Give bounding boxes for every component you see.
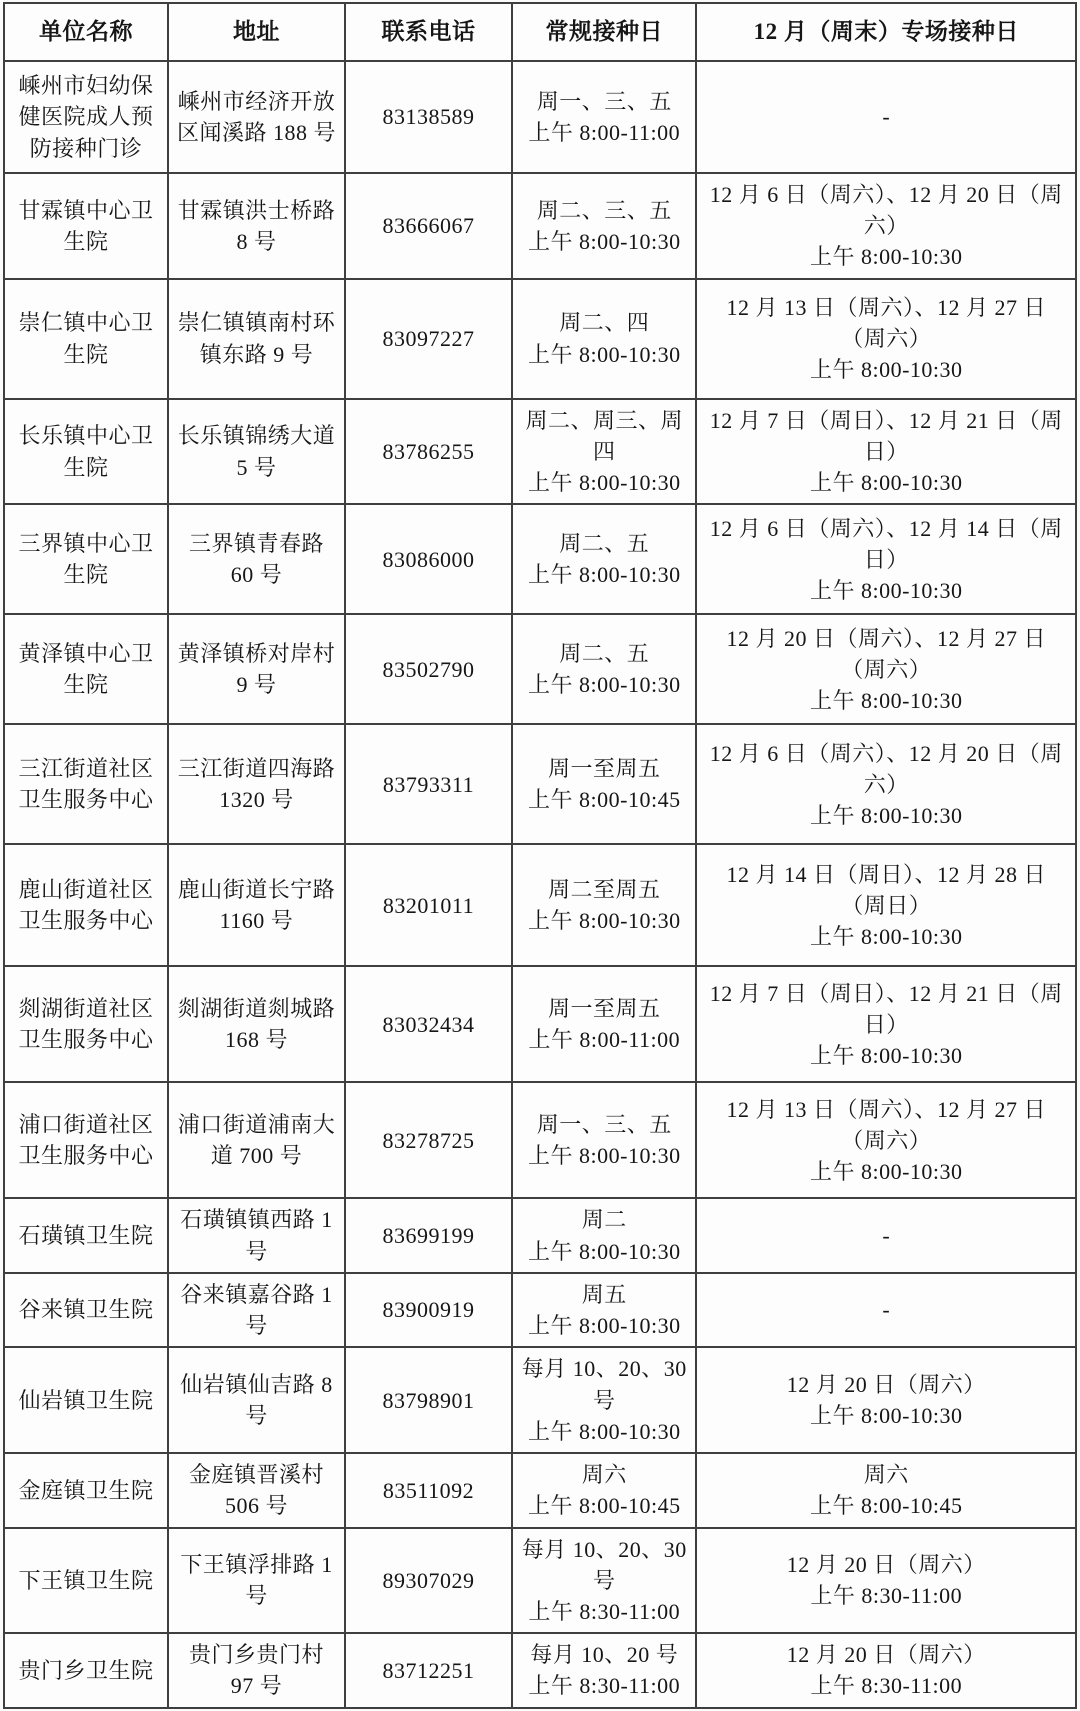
unit-name-cell: 剡湖街道社区卫生服务中心	[4, 966, 168, 1082]
phone-cell: 83138589	[345, 61, 512, 173]
address-cell: 下王镇浮排路 1 号	[168, 1528, 345, 1634]
table-row: 剡湖街道社区卫生服务中心 剡湖街道剡城路 168 号 83032434 周一至周…	[4, 966, 1076, 1082]
special-days-text: -	[704, 1294, 1068, 1325]
regular-time-text: 上午 8:00-10:45	[520, 784, 688, 815]
header-cell-special-days: 12 月（周末）专场接种日	[696, 3, 1076, 61]
special-schedule-cell: 12 月 6 日（周六）、12 月 20 日（周六） 上午 8:00-10:30	[696, 724, 1076, 844]
phone-cell: 83900919	[345, 1273, 512, 1347]
special-days-text: 12 月 14 日（周日）、12 月 28 日（周日）	[704, 859, 1068, 921]
address-cell: 嵊州市经济开放区闻溪路 188 号	[168, 61, 345, 173]
regular-schedule-cell: 每月 10、20、30 号 上午 8:30-11:00	[512, 1528, 696, 1634]
special-time-text: 上午 8:00-10:30	[704, 467, 1068, 498]
regular-time-text: 上午 8:00-10:30	[520, 1140, 688, 1171]
address-cell: 三江街道四海路 1320 号	[168, 724, 345, 844]
phone-cell: 83278725	[345, 1082, 512, 1198]
special-schedule-cell: 12 月 6 日（周六）、12 月 14 日（周日） 上午 8:00-10:30	[696, 504, 1076, 614]
unit-name-cell: 黄泽镇中心卫生院	[4, 614, 168, 724]
table-row: 嵊州市妇幼保健医院成人预防接种门诊 嵊州市经济开放区闻溪路 188 号 8313…	[4, 61, 1076, 173]
regular-time-text: 上午 8:00-11:00	[520, 1024, 688, 1055]
phone-cell: 83786255	[345, 399, 512, 505]
phone-cell: 83032434	[345, 966, 512, 1082]
special-days-text: 12 月 20 日（周六）、12 月 27 日（周六）	[704, 623, 1068, 685]
special-schedule-cell: 12 月 20 日（周六）、12 月 27 日（周六） 上午 8:00-10:3…	[696, 614, 1076, 724]
special-time-text: 上午 8:00-10:30	[704, 1040, 1068, 1071]
regular-days-text: 周五	[520, 1279, 688, 1310]
unit-name-cell: 鹿山街道社区卫生服务中心	[4, 844, 168, 966]
unit-name-cell: 谷来镇卫生院	[4, 1273, 168, 1347]
phone-cell: 83798901	[345, 1347, 512, 1453]
regular-days-text: 周二	[520, 1204, 688, 1235]
special-days-text: 12 月 13 日（周六）、12 月 27 日（周六）	[704, 292, 1068, 354]
regular-schedule-cell: 周二、五 上午 8:00-10:30	[512, 614, 696, 724]
unit-name-cell: 三江街道社区卫生服务中心	[4, 724, 168, 844]
phone-cell: 83793311	[345, 724, 512, 844]
table-row: 石璜镇卫生院 石璜镇镇西路 1 号 83699199 周二 上午 8:00-10…	[4, 1198, 1076, 1272]
regular-time-text: 上午 8:00-10:30	[520, 1416, 688, 1447]
special-schedule-cell: 12 月 13 日（周六）、12 月 27 日（周六） 上午 8:00-10:3…	[696, 1082, 1076, 1198]
table-row: 鹿山街道社区卫生服务中心 鹿山街道长宁路 1160 号 83201011 周二至…	[4, 844, 1076, 966]
header-cell-phone: 联系电话	[345, 3, 512, 61]
phone-cell: 83097227	[345, 279, 512, 399]
address-cell: 甘霖镇洪士桥路 8 号	[168, 173, 345, 279]
regular-days-text: 周一、三、五	[520, 1109, 688, 1140]
special-schedule-cell: 12 月 6 日（周六）、12 月 20 日（周六） 上午 8:00-10:30	[696, 173, 1076, 279]
regular-time-text: 上午 8:00-10:45	[520, 1490, 688, 1521]
unit-name-cell: 下王镇卫生院	[4, 1528, 168, 1634]
unit-name-cell: 三界镇中心卫生院	[4, 504, 168, 614]
regular-time-text: 上午 8:00-10:30	[520, 339, 688, 370]
special-days-text: 12 月 20 日（周六）	[704, 1549, 1068, 1580]
regular-schedule-cell: 周二 上午 8:00-10:30	[512, 1198, 696, 1272]
table-row: 三界镇中心卫生院 三界镇青春路 60 号 83086000 周二、五 上午 8:…	[4, 504, 1076, 614]
regular-schedule-cell: 周二、周三、周四 上午 8:00-10:30	[512, 399, 696, 505]
unit-name-cell: 甘霖镇中心卫生院	[4, 173, 168, 279]
special-days-text: 12 月 6 日（周六）、12 月 14 日（周日）	[704, 513, 1068, 575]
regular-time-text: 上午 8:30-11:00	[520, 1596, 688, 1627]
vaccination-schedule-table: 单位名称 地址 联系电话 常规接种日 12 月（周末）专场接种日 嵊州市妇幼保健…	[3, 2, 1077, 1709]
special-time-text: 上午 8:00-10:30	[704, 1400, 1068, 1431]
address-cell: 黄泽镇桥对岸村 9 号	[168, 614, 345, 724]
address-cell: 剡湖街道剡城路 168 号	[168, 966, 345, 1082]
regular-schedule-cell: 周二、四 上午 8:00-10:30	[512, 279, 696, 399]
regular-days-text: 每月 10、20 号	[520, 1639, 688, 1670]
regular-schedule-cell: 周一至周五 上午 8:00-11:00	[512, 966, 696, 1082]
special-schedule-cell: 12 月 13 日（周六）、12 月 27 日（周六） 上午 8:00-10:3…	[696, 279, 1076, 399]
regular-time-text: 上午 8:30-11:00	[520, 1670, 688, 1701]
regular-schedule-cell: 周二、三、五 上午 8:00-10:30	[512, 173, 696, 279]
regular-time-text: 上午 8:00-10:30	[520, 1236, 688, 1267]
regular-time-text: 上午 8:00-10:30	[520, 669, 688, 700]
address-cell: 金庭镇晋溪村 506 号	[168, 1453, 345, 1527]
regular-schedule-cell: 周一、三、五 上午 8:00-10:30	[512, 1082, 696, 1198]
regular-days-text: 周一至周五	[520, 753, 688, 784]
special-days-text: 12 月 20 日（周六）	[704, 1639, 1068, 1670]
table-row: 浦口街道社区卫生服务中心 浦口街道浦南大道 700 号 83278725 周一、…	[4, 1082, 1076, 1198]
table-row: 崇仁镇中心卫生院 崇仁镇镇南村环镇东路 9 号 83097227 周二、四 上午…	[4, 279, 1076, 399]
table-row: 贵门乡卫生院 贵门乡贵门村 97 号 83712251 每月 10、20 号 上…	[4, 1633, 1076, 1707]
regular-time-text: 上午 8:00-10:30	[520, 559, 688, 590]
unit-name-cell: 长乐镇中心卫生院	[4, 399, 168, 505]
table-row: 下王镇卫生院 下王镇浮排路 1 号 89307029 每月 10、20、30 号…	[4, 1528, 1076, 1634]
table-row: 仙岩镇卫生院 仙岩镇仙吉路 8 号 83798901 每月 10、20、30 号…	[4, 1347, 1076, 1453]
unit-name-cell: 贵门乡卫生院	[4, 1633, 168, 1707]
regular-schedule-cell: 周二、五 上午 8:00-10:30	[512, 504, 696, 614]
phone-cell: 89307029	[345, 1528, 512, 1634]
phone-cell: 83666067	[345, 173, 512, 279]
regular-schedule-cell: 每月 10、20、30 号 上午 8:00-10:30	[512, 1347, 696, 1453]
special-schedule-cell: -	[696, 1198, 1076, 1272]
special-time-text: 上午 8:00-10:30	[704, 921, 1068, 952]
phone-cell: 83201011	[345, 844, 512, 966]
special-time-text: 上午 8:00-10:30	[704, 354, 1068, 385]
address-cell: 浦口街道浦南大道 700 号	[168, 1082, 345, 1198]
regular-schedule-cell: 周六 上午 8:00-10:45	[512, 1453, 696, 1527]
special-schedule-cell: -	[696, 61, 1076, 173]
special-schedule-cell: 12 月 7 日（周日）、12 月 21 日（周日） 上午 8:00-10:30	[696, 966, 1076, 1082]
header-cell-regular-days: 常规接种日	[512, 3, 696, 61]
regular-days-text: 周二、五	[520, 638, 688, 669]
regular-days-text: 周二、四	[520, 307, 688, 338]
special-time-text: 上午 8:00-10:45	[704, 1490, 1068, 1521]
unit-name-cell: 崇仁镇中心卫生院	[4, 279, 168, 399]
regular-days-text: 周二、五	[520, 528, 688, 559]
regular-schedule-cell: 周一、三、五 上午 8:00-11:00	[512, 61, 696, 173]
regular-days-text: 周六	[520, 1459, 688, 1490]
regular-days-text: 每月 10、20、30 号	[520, 1353, 688, 1415]
address-cell: 鹿山街道长宁路 1160 号	[168, 844, 345, 966]
unit-name-cell: 嵊州市妇幼保健医院成人预防接种门诊	[4, 61, 168, 173]
regular-time-text: 上午 8:00-10:30	[520, 467, 688, 498]
special-time-text: 上午 8:00-10:30	[704, 685, 1068, 716]
phone-cell: 83086000	[345, 504, 512, 614]
regular-schedule-cell: 周一至周五 上午 8:00-10:45	[512, 724, 696, 844]
address-cell: 三界镇青春路 60 号	[168, 504, 345, 614]
special-days-text: 周六	[704, 1459, 1068, 1490]
regular-time-text: 上午 8:00-10:30	[520, 1310, 688, 1341]
special-schedule-cell: 12 月 14 日（周日）、12 月 28 日（周日） 上午 8:00-10:3…	[696, 844, 1076, 966]
special-time-text: 上午 8:30-11:00	[704, 1670, 1068, 1701]
regular-schedule-cell: 每月 10、20 号 上午 8:30-11:00	[512, 1633, 696, 1707]
vaccination-schedule-page: 单位名称 地址 联系电话 常规接种日 12 月（周末）专场接种日 嵊州市妇幼保健…	[0, 0, 1080, 1711]
special-schedule-cell: 12 月 20 日（周六） 上午 8:00-10:30	[696, 1347, 1076, 1453]
address-cell: 贵门乡贵门村 97 号	[168, 1633, 345, 1707]
regular-days-text: 周二、周三、周四	[520, 405, 688, 467]
special-time-text: 上午 8:00-10:30	[704, 241, 1068, 272]
unit-name-cell: 金庭镇卫生院	[4, 1453, 168, 1527]
table-row: 金庭镇卫生院 金庭镇晋溪村 506 号 83511092 周六 上午 8:00-…	[4, 1453, 1076, 1527]
regular-days-text: 周二至周五	[520, 874, 688, 905]
special-days-text: -	[704, 1220, 1068, 1251]
regular-days-text: 周二、三、五	[520, 195, 688, 226]
special-schedule-cell: -	[696, 1273, 1076, 1347]
phone-cell: 83502790	[345, 614, 512, 724]
special-schedule-cell: 12 月 20 日（周六） 上午 8:30-11:00	[696, 1633, 1076, 1707]
unit-name-cell: 浦口街道社区卫生服务中心	[4, 1082, 168, 1198]
address-cell: 长乐镇锦绣大道 5 号	[168, 399, 345, 505]
table-row: 三江街道社区卫生服务中心 三江街道四海路 1320 号 83793311 周一至…	[4, 724, 1076, 844]
regular-schedule-cell: 周五 上午 8:00-10:30	[512, 1273, 696, 1347]
special-time-text: 上午 8:00-10:30	[704, 575, 1068, 606]
table-row: 谷来镇卫生院 谷来镇嘉谷路 1 号 83900919 周五 上午 8:00-10…	[4, 1273, 1076, 1347]
special-days-text: 12 月 13 日（周六）、12 月 27 日（周六）	[704, 1094, 1068, 1156]
special-time-text: 上午 8:30-11:00	[704, 1580, 1068, 1611]
regular-days-text: 每月 10、20、30 号	[520, 1534, 688, 1596]
regular-days-text: 周一、三、五	[520, 86, 688, 117]
header-cell-address: 地址	[168, 3, 345, 61]
table-row: 长乐镇中心卫生院 长乐镇锦绣大道 5 号 83786255 周二、周三、周四 上…	[4, 399, 1076, 505]
special-time-text: 上午 8:00-10:30	[704, 800, 1068, 831]
special-days-text: 12 月 7 日（周日）、12 月 21 日（周日）	[704, 405, 1068, 467]
address-cell: 崇仁镇镇南村环镇东路 9 号	[168, 279, 345, 399]
special-days-text: 12 月 6 日（周六）、12 月 20 日（周六）	[704, 179, 1068, 241]
phone-cell: 83699199	[345, 1198, 512, 1272]
address-cell: 石璜镇镇西路 1 号	[168, 1198, 345, 1272]
regular-time-text: 上午 8:00-10:30	[520, 226, 688, 257]
header-row: 单位名称 地址 联系电话 常规接种日 12 月（周末）专场接种日	[4, 3, 1076, 61]
unit-name-cell: 石璜镇卫生院	[4, 1198, 168, 1272]
special-days-text: 12 月 20 日（周六）	[704, 1369, 1068, 1400]
phone-cell: 83511092	[345, 1453, 512, 1527]
special-days-text: 12 月 7 日（周日）、12 月 21 日（周日）	[704, 978, 1068, 1040]
header-cell-unit-name: 单位名称	[4, 3, 168, 61]
address-cell: 谷来镇嘉谷路 1 号	[168, 1273, 345, 1347]
special-schedule-cell: 周六 上午 8:00-10:45	[696, 1453, 1076, 1527]
phone-cell: 83712251	[345, 1633, 512, 1707]
special-time-text: 上午 8:00-10:30	[704, 1156, 1068, 1187]
unit-name-cell: 仙岩镇卫生院	[4, 1347, 168, 1453]
regular-days-text: 周一至周五	[520, 993, 688, 1024]
special-days-text: 12 月 6 日（周六）、12 月 20 日（周六）	[704, 738, 1068, 800]
table-row: 甘霖镇中心卫生院 甘霖镇洪士桥路 8 号 83666067 周二、三、五 上午 …	[4, 173, 1076, 279]
special-schedule-cell: 12 月 7 日（周日）、12 月 21 日（周日） 上午 8:00-10:30	[696, 399, 1076, 505]
regular-time-text: 上午 8:00-10:30	[520, 905, 688, 936]
special-days-text: -	[704, 101, 1068, 132]
table-row: 黄泽镇中心卫生院 黄泽镇桥对岸村 9 号 83502790 周二、五 上午 8:…	[4, 614, 1076, 724]
special-schedule-cell: 12 月 20 日（周六） 上午 8:30-11:00	[696, 1528, 1076, 1634]
address-cell: 仙岩镇仙吉路 8 号	[168, 1347, 345, 1453]
regular-time-text: 上午 8:00-11:00	[520, 117, 688, 148]
regular-schedule-cell: 周二至周五 上午 8:00-10:30	[512, 844, 696, 966]
